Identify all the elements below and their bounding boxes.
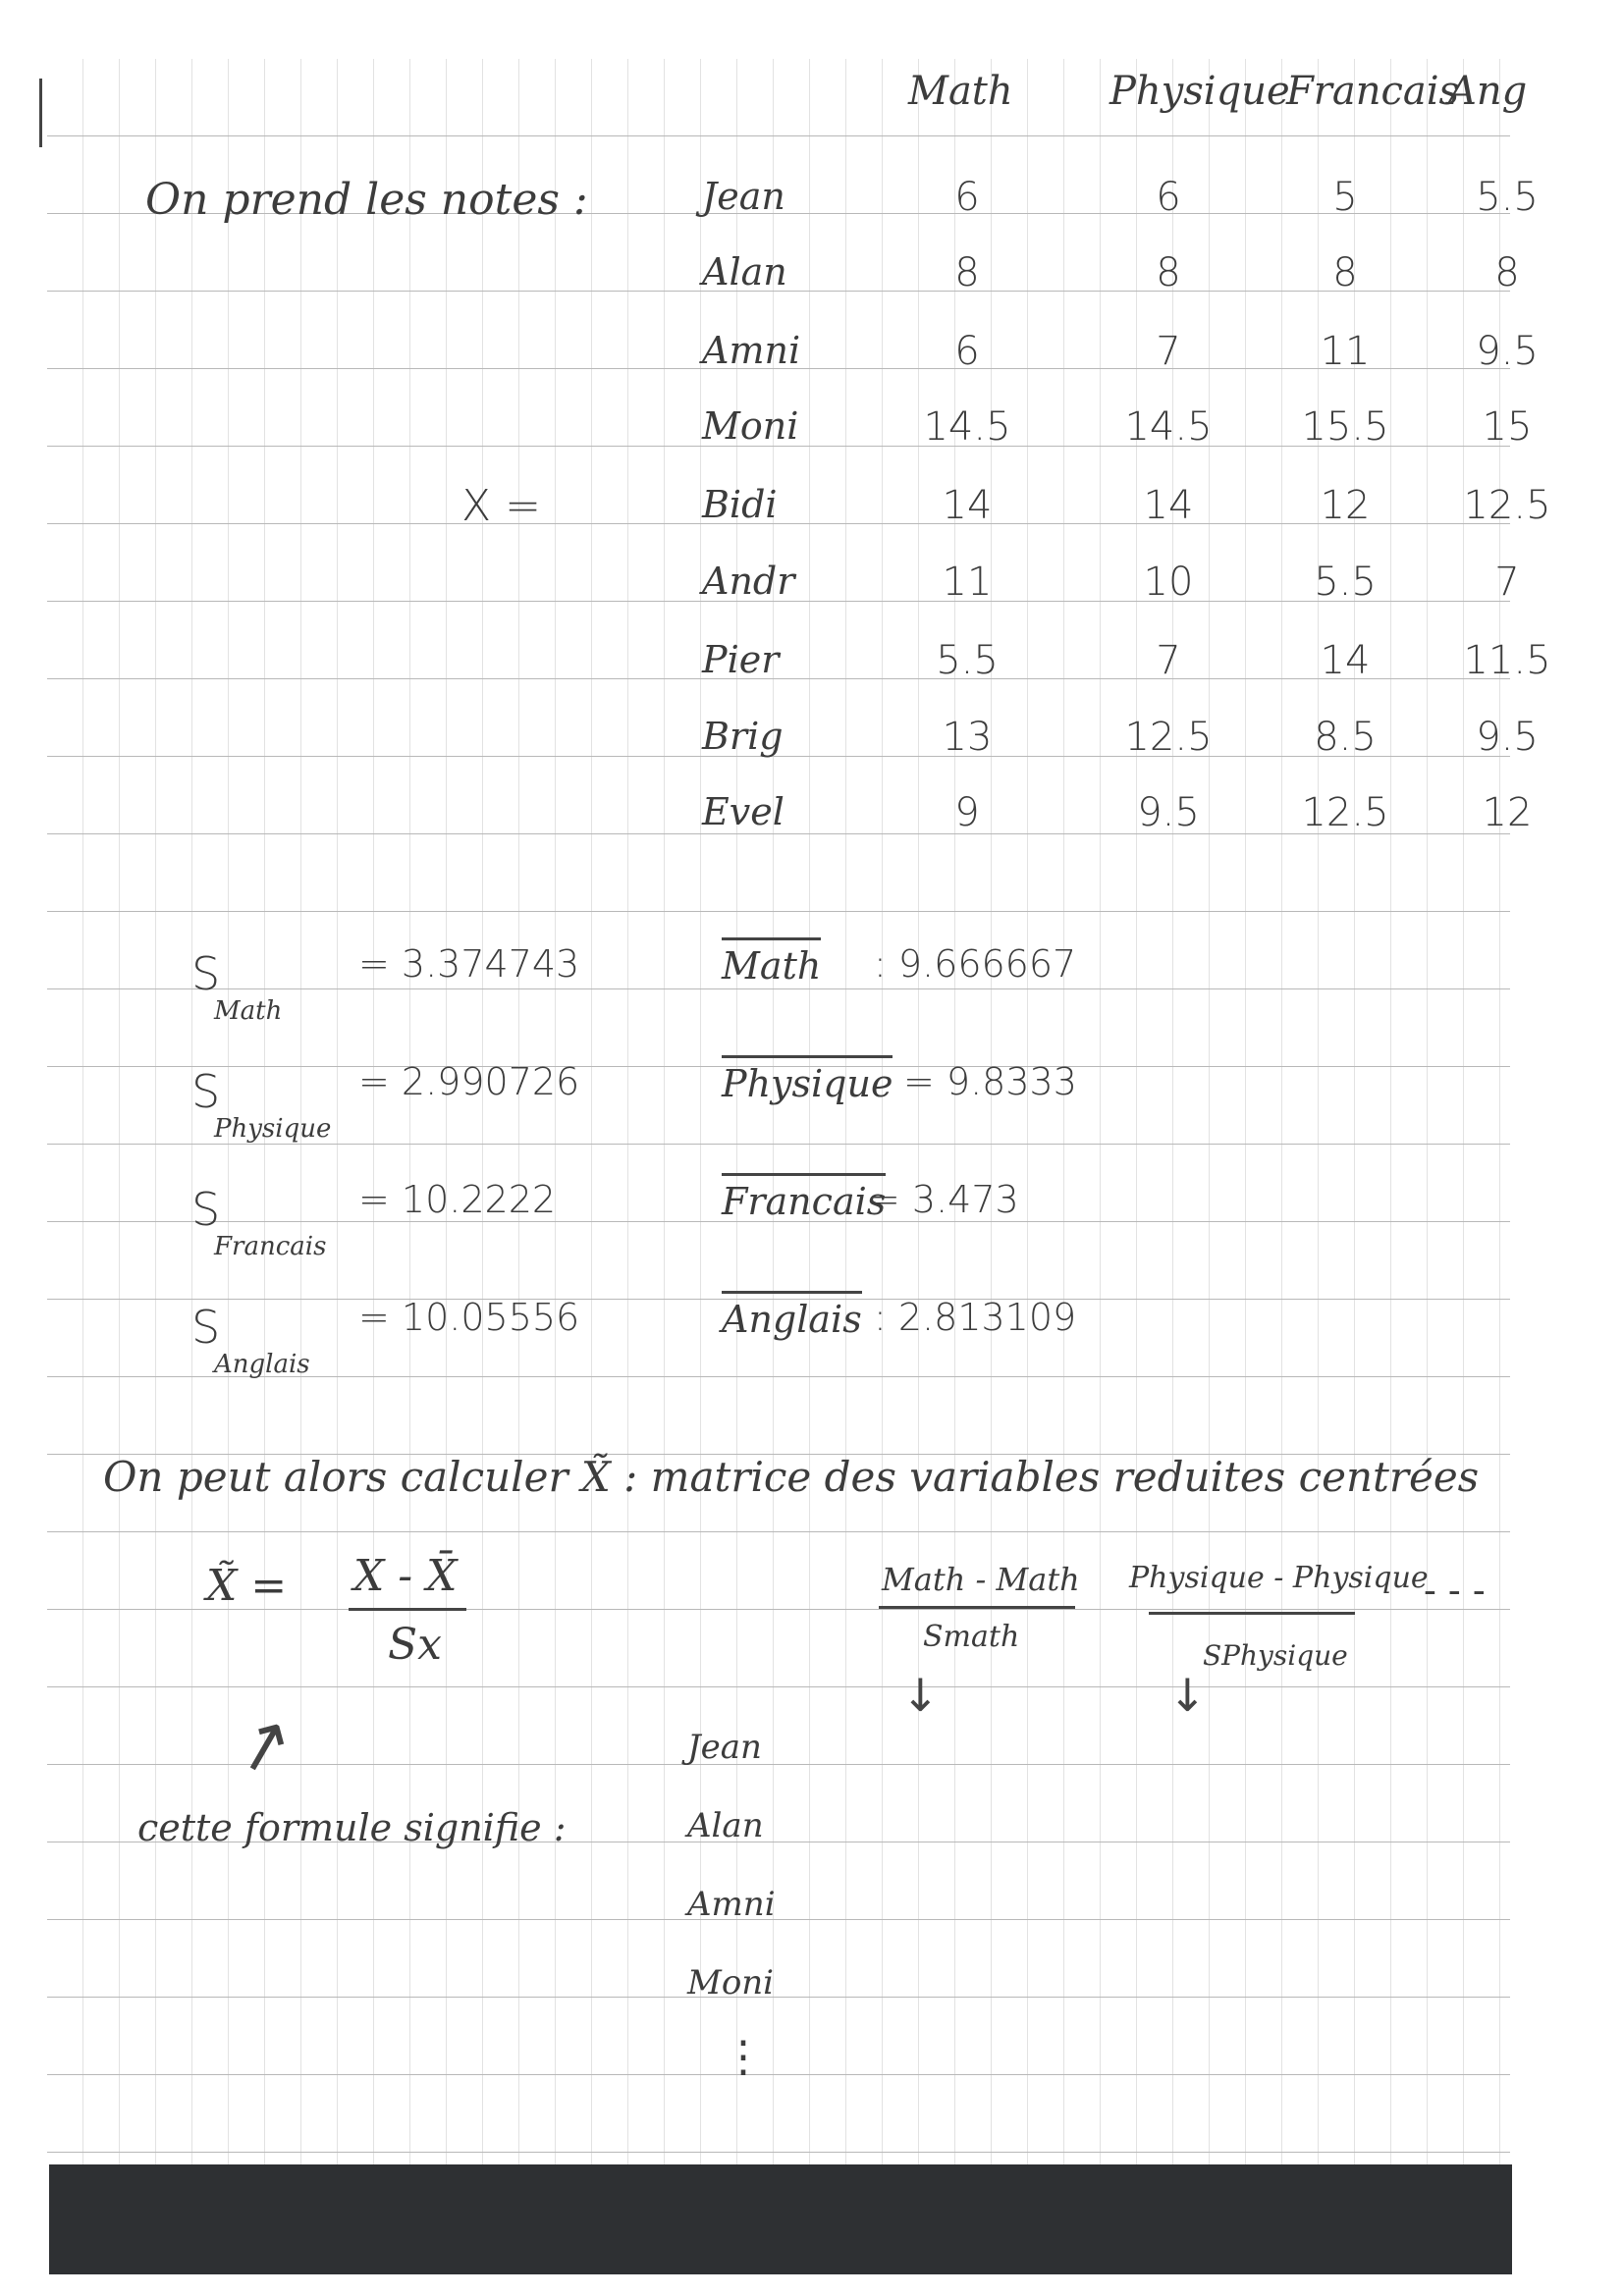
std-value: = 2.990726 [358, 1060, 579, 1103]
formula-fraction-line [349, 1608, 466, 1611]
mean-value: = 3.473 [869, 1178, 1019, 1221]
grade-cell: 8 [1286, 250, 1404, 295]
grade-cell: 9.5 [1448, 329, 1566, 374]
formula-denominator: Sx [388, 1620, 442, 1670]
grade-cell: 5.5 [1286, 560, 1404, 605]
row-name: Evel [702, 790, 784, 833]
grade-cell: 14.5 [1109, 404, 1227, 450]
col1-numerator: Math - Math [882, 1561, 1080, 1598]
grade-cell: 12 [1448, 790, 1566, 835]
student-name: Moni [687, 1963, 774, 2002]
grade-cell: 7 [1109, 638, 1227, 683]
section2-sentence: On peut alors calculer X̃ : matrice des … [103, 1453, 1479, 1501]
mean-value: : 9.666667 [874, 942, 1076, 986]
grade-cell: 6 [908, 329, 1026, 374]
student-name: Jean [687, 1728, 762, 1767]
mean-label: Physique [722, 1055, 893, 1105]
col2-fraction-line [1149, 1612, 1355, 1615]
col2-numerator: Physique - Physique [1129, 1561, 1429, 1595]
row-name: Pier [702, 638, 779, 681]
grade-cell: 15.5 [1286, 404, 1404, 450]
column-header: Francais [1286, 69, 1459, 114]
std-symbol: S [191, 1183, 220, 1236]
continuation-mark: ⋮ [722, 2032, 765, 2082]
grade-cell: 9.5 [1109, 790, 1227, 835]
formula-lhs: X̃ = [206, 1561, 287, 1611]
std-subscript: Math [214, 996, 282, 1026]
intro-label: On prend les notes : [145, 175, 588, 225]
mean-label: Math [722, 937, 821, 988]
std-symbol: S [191, 1065, 220, 1118]
std-subscript: Francais [214, 1232, 326, 1261]
explain-label: cette formule signifie : [137, 1806, 567, 1849]
column-header: Physique [1109, 69, 1290, 114]
student-name: Amni [687, 1885, 776, 1924]
grade-cell: 8 [1109, 250, 1227, 295]
std-subscript: Physique [214, 1114, 331, 1144]
formula-numerator: X - X̄ [353, 1551, 458, 1601]
std-value: = 10.05556 [358, 1296, 579, 1339]
matrix-label: X = [461, 481, 541, 531]
row-name: Andr [702, 560, 794, 603]
mean-value: = 9.8333 [903, 1060, 1077, 1103]
col2-denominator: SPhysique [1203, 1639, 1348, 1672]
grade-cell: 11 [1286, 329, 1404, 374]
grade-cell: 6 [908, 175, 1026, 220]
margin-mark [39, 79, 42, 147]
grade-cell: 5.5 [1448, 175, 1566, 220]
std-value: = 10.2222 [358, 1178, 556, 1221]
grade-cell: 14 [1286, 638, 1404, 683]
grade-cell: 13 [908, 715, 1026, 760]
grade-cell: 12 [1286, 483, 1404, 528]
grade-cell: 12.5 [1109, 715, 1227, 760]
grade-cell: 15 [1448, 404, 1566, 450]
grade-cell: 7 [1448, 560, 1566, 605]
row-name: Alan [702, 250, 787, 294]
grade-cell: 11 [908, 560, 1026, 605]
grade-cell: 8 [908, 250, 1026, 295]
grade-cell: 14.5 [908, 404, 1026, 450]
std-symbol: S [191, 1301, 220, 1354]
grade-cell: 14 [908, 483, 1026, 528]
grade-cell: 10 [1109, 560, 1227, 605]
grade-cell: 6 [1109, 175, 1227, 220]
grade-cell: 7 [1109, 329, 1227, 374]
row-name: Moni [702, 404, 798, 448]
grade-cell: 5.5 [908, 638, 1026, 683]
std-symbol: S [191, 947, 220, 1000]
scan-bottom-bar [49, 2164, 1512, 2274]
ellipsis: - - - [1424, 1569, 1486, 1612]
column-header: Ang [1448, 69, 1527, 114]
down-arrow-icon: ↓ [901, 1669, 940, 1722]
grade-cell: 8 [1448, 250, 1566, 295]
grade-cell: 8.5 [1286, 715, 1404, 760]
grade-cell: 11.5 [1448, 638, 1566, 683]
row-name: Brig [702, 715, 784, 758]
std-subscript: Anglais [214, 1350, 310, 1379]
mean-label: Anglais [722, 1291, 862, 1341]
student-name: Alan [687, 1806, 764, 1845]
std-value: = 3.374743 [358, 942, 579, 986]
row-name: Bidi [702, 483, 778, 526]
down-arrow-icon: ↓ [1168, 1669, 1207, 1722]
grade-cell: 9.5 [1448, 715, 1566, 760]
column-header: Math [908, 69, 1013, 114]
grade-cell: 12.5 [1448, 483, 1566, 528]
row-name: Jean [702, 175, 785, 218]
row-name: Amni [702, 329, 800, 372]
col1-fraction-line [879, 1606, 1075, 1609]
col1-denominator: Smath [923, 1620, 1019, 1654]
grade-cell: 14 [1109, 483, 1227, 528]
mean-value: : 2.813109 [874, 1296, 1076, 1339]
grade-cell: 9 [908, 790, 1026, 835]
grade-cell: 12.5 [1286, 790, 1404, 835]
grade-cell: 5 [1286, 175, 1404, 220]
mean-label: Francais [722, 1173, 886, 1223]
